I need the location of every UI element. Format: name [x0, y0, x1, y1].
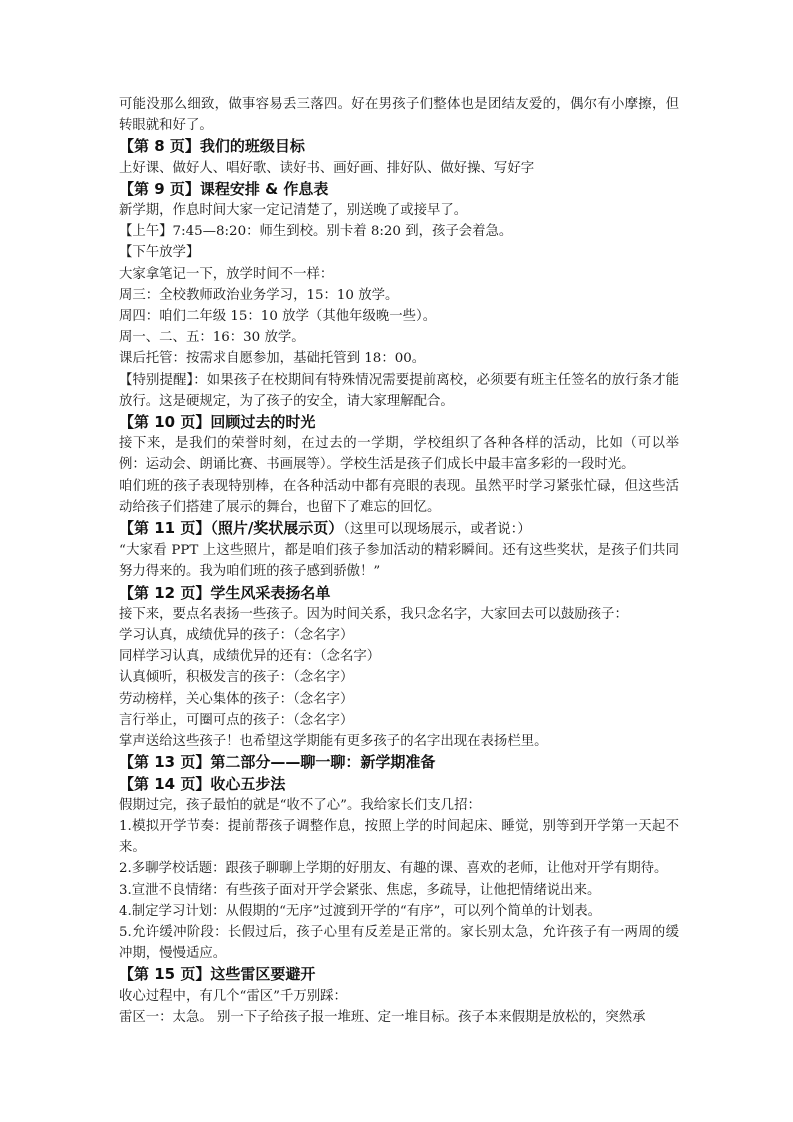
paragraph: 课后托管：按需求自愿参加，基础托管到 18：00。 — [119, 348, 679, 369]
paragraph: 学习认真，成绩优异的孩子：（念名字） — [119, 625, 679, 646]
list-item: 5.允许缓冲阶段：长假过后，孩子心里有反差是正常的。家长别太急，允许孩子有一两周… — [119, 922, 679, 964]
section-heading: 【第 15 页】这些雷区要避开 — [119, 964, 679, 985]
paragraph: 掌声送给这些孩子！也希望这学期能有更多孩子的名字出现在表扬栏里。 — [119, 731, 679, 752]
section-heading: 【第 12 页】学生风采表扬名单 — [119, 583, 679, 604]
paragraph: 新学期，作息时间大家一定记清楚了，别送晚了或接早了。 — [119, 200, 679, 221]
paragraph: 接下来，是我们的荣誉时刻，在过去的一学期，学校组织了各种各样的活动，比如（可以举… — [119, 433, 679, 475]
list-item: 3.宣泄不良情绪：有些孩子面对开学会紧张、焦虑，多疏导，让他把情绪说出来。 — [119, 880, 679, 901]
section-heading: 【第 13 页】第二部分——聊一聊：新学期准备 — [119, 752, 679, 773]
paragraph: 周三：全校教师政治业务学习，15：10 放学。 — [119, 285, 679, 306]
heading-note: （这里可以现场展示，或者说：） — [343, 522, 530, 537]
paragraph: 咱们班的孩子表现特别棒，在各种活动中都有亮眼的表现。虽然平时学习紧张忙碌，但这些… — [119, 476, 679, 518]
list-item: 1.模拟开学节奏：提前帮孩子调整作息，按照上学的时间起床、睡觉，别等到开学第一天… — [119, 816, 679, 858]
paragraph: 【上午】7:45—8:20：师生到校。别卡着 8:20 到，孩子会着急。 — [119, 221, 679, 242]
list-item: 2.多聊学校话题：跟孩子聊聊上学期的好朋友、有趣的课、喜欢的老师，让他对开学有期… — [119, 858, 679, 879]
paragraph: 大家拿笔记一下，放学时间不一样： — [119, 264, 679, 285]
paragraph: 周一、二、五：16：30 放学。 — [119, 327, 679, 348]
heading-text: 【第 11 页】（照片/奖状展示页） — [119, 519, 343, 537]
paragraph: 周四：咱们二年级 15：10 放学（其他年级晚一些）。 — [119, 306, 679, 327]
paragraph: 可能没那么细致，做事容易丢三落四。好在男孩子们整体也是团结友爱的，偶尔有小摩擦，… — [119, 94, 679, 136]
paragraph: 雷区一：太急。 别一下子给孩子报一堆班、定一堆目标。孩子本来假期是放松的，突然承 — [119, 1007, 679, 1028]
paragraph: 【特别提醒】：如果孩子在校期间有特殊情况需要提前离校，必须要有班主任签名的放行条… — [119, 370, 679, 412]
list-item: 4.制定学习计划：从假期的“无序”过渡到开学的“有序”，可以列个简单的计划表。 — [119, 901, 679, 922]
section-heading: 【第 10 页】回顾过去的时光 — [119, 412, 679, 433]
paragraph: 【下午放学】 — [119, 242, 679, 263]
document-page: 可能没那么细致，做事容易丢三落四。好在男孩子们整体也是团结友爱的，偶尔有小摩擦，… — [119, 94, 679, 1028]
paragraph: 假期过完，孩子最怕的就是“收不了心”。我给家长们支几招： — [119, 795, 679, 816]
section-heading: 【第 14 页】收心五步法 — [119, 774, 679, 795]
paragraph: 同样学习认真，成绩优异的还有：（念名字） — [119, 646, 679, 667]
paragraph: “大家看 PPT 上这些照片，都是咱们孩子参加活动的精彩瞬间。还有这些奖状，是孩… — [119, 540, 679, 582]
section-heading: 【第 8 页】我们的班级目标 — [119, 136, 679, 157]
paragraph: 劳动榜样，关心集体的孩子：（念名字） — [119, 689, 679, 710]
paragraph: 认真倾听，积极发言的孩子：（念名字） — [119, 667, 679, 688]
paragraph: 上好课、做好人、唱好歌、读好书、画好画、排好队、做好操、写好字 — [119, 158, 679, 179]
paragraph: 言行举止，可圈可点的孩子：（念名字） — [119, 710, 679, 731]
paragraph: 接下来，要点名表扬一些孩子。因为时间关系，我只念名字，大家回去可以鼓励孩子： — [119, 604, 679, 625]
paragraph: 收心过程中，有几个“雷区”千万别踩： — [119, 986, 679, 1007]
section-heading: 【第 11 页】（照片/奖状展示页）（这里可以现场展示，或者说：） — [119, 518, 679, 540]
section-heading: 【第 9 页】课程安排 & 作息表 — [119, 179, 679, 200]
